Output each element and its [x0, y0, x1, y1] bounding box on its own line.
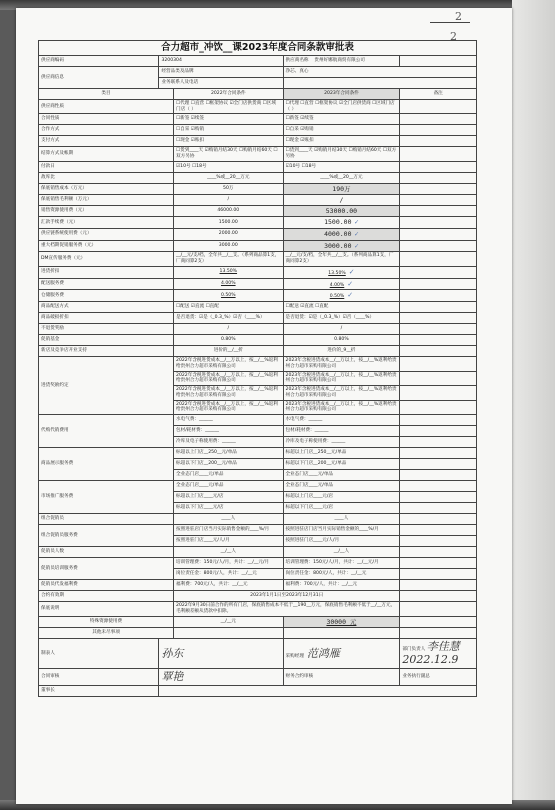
- promoter-welfare-2022: 福利费：700元/人，共计：__/__元: [174, 580, 284, 591]
- col-remark: 备注: [400, 88, 477, 99]
- purchase-reward-2022: 2022年含税进货成本__/__万以上，按__/__%返利给贵州合力超市采购有限…: [174, 386, 284, 400]
- check-mark-icon: ✓: [349, 268, 355, 276]
- promoter-training-2022: 岗位责任金：800元/人，共计：__/__元: [174, 569, 284, 580]
- agency-fee-2023: 水电气费：______: [283, 415, 400, 426]
- combo-promoter-fee-2023: 按照进驻门店____元/人/月: [283, 536, 400, 547]
- value: 0.50%: [330, 294, 345, 299]
- marketing-fee-2022: 标超以上门店____元/店: [174, 492, 284, 503]
- promoter-count-2023: __/__人: [283, 547, 400, 558]
- settlement-2022: ☐货到____天 ☑购销月结30天 ☐购销月结60天 ☐双方另协: [174, 147, 284, 161]
- display-fee-2023: 标超以上门店__250__元/单品: [283, 448, 400, 459]
- contract-type-2023: ☐新签 ☑续签: [283, 114, 400, 125]
- dept-head-cell: 部门负责人 李佳慧 2022.12.9: [400, 638, 477, 669]
- supplier-name: 贵州好娜航商贸有限公司: [314, 58, 365, 63]
- marketing-fee-2022: 全业态门店____元/单品: [174, 481, 284, 492]
- chairman-signature: [159, 685, 477, 696]
- row-label: 结算方式及帐期: [39, 147, 174, 161]
- row-label: 重大档期促销服务费（元）: [39, 240, 174, 252]
- agency-fee-2022: 冷库及电子称使用费：______: [174, 437, 284, 448]
- row-label: 市场推广服务费: [39, 481, 174, 514]
- purchase-manager-signature: 范鸿雁: [307, 647, 340, 660]
- row-label: 合约有效期: [39, 591, 174, 602]
- delivery-fee-2022: 4.00%: [174, 278, 284, 290]
- dept-head-label: 部门负责人: [402, 647, 425, 652]
- combo-promoter-fee-2022: 按照进驻门店____元/人/月: [174, 536, 284, 547]
- row-label: 付款日: [39, 161, 174, 172]
- chairman-label: 董事长: [39, 685, 159, 696]
- supplier-code: 3200304: [159, 55, 283, 66]
- settlement-2023: ☐货到____天 ☑购销月结30天 ☐购销月结60天 ☐双方另协: [283, 147, 400, 161]
- promoter-training-2023: 岗位责任金：800元/人，共计：__/__元: [283, 569, 400, 580]
- purchase-reward-2023: 2023年含税进货成本__/__万以上，按__/__%返利给贵州合力超市采购有限…: [283, 400, 400, 414]
- delivery-mode-2022: ☐配送 ☑直流 ☐直配: [174, 302, 284, 313]
- row-label: DM宣传服务费（元）: [39, 252, 174, 266]
- col-2022: 2022年合同条件: [174, 88, 284, 99]
- sales-resource-fee-2023: 53000.00: [283, 206, 400, 217]
- row-label: 保底销售成本（万元）: [39, 183, 174, 194]
- agency-fee-2023: 冷库及电子称使用费：______: [283, 437, 400, 448]
- other-2023: [283, 627, 400, 638]
- supply-chain-fee-2022: 2000.00: [174, 228, 284, 240]
- combo-promoter-2022: ____人: [174, 514, 284, 525]
- row-label: 供应商性质: [39, 99, 174, 113]
- value: 1500.00: [324, 218, 351, 226]
- no-return-reward-2022: /: [174, 324, 284, 335]
- check-mark-icon: ✓: [347, 291, 353, 299]
- min-sales-cost-2022: 50万: [174, 183, 284, 194]
- remittance-fee-2023: 1500.00✓: [283, 217, 400, 229]
- row-label: 配送服务费: [39, 278, 174, 290]
- check-mark-icon: ✓: [347, 280, 353, 288]
- purchase-discount-2023: 13.50%✓: [283, 266, 400, 278]
- row-label: 新店及竞争店开业支持: [39, 346, 174, 357]
- row-label: 商品展示服务费: [39, 448, 174, 481]
- row-label: 商品破损折扣: [39, 313, 174, 324]
- dm-fee-2023: __/__元/支/档，全年共__/__支。（系列商品算1支，厂商同算2支）: [283, 252, 400, 266]
- min-sales-cost-2023: 190万: [283, 183, 400, 194]
- row-label: 代购代销费用: [39, 415, 174, 448]
- supplier-nature-2023: ☐代理 ☐直营 ☐框架协议 ☑全门店供货商 ☐区域门店（ ）: [283, 99, 400, 113]
- row-label: 保底销售毛利额（万元）: [39, 194, 174, 205]
- sales-resource-fee-2022: 46000.00: [174, 206, 284, 217]
- purchase-reward-2023: 2023年含税进货成本__/__万以上，按__/__%返利给贵州合力超市采购有限…: [283, 371, 400, 385]
- purchase-reward-2022: 2022年含税进货成本__/__万以上，按__/__%返利给贵州合力超市采购有限…: [174, 371, 284, 385]
- contact-value: [283, 77, 476, 88]
- no-return-reward-2023: /: [283, 324, 400, 335]
- inventory-ratio-2023: ____%或__20__万元: [283, 172, 400, 183]
- brand-label: 经营品类及品牌: [159, 66, 283, 77]
- row-label: 促销基金: [39, 335, 174, 346]
- check-mark-icon: ✓: [355, 218, 359, 226]
- guarantee-note: 2022年9月30日前合作的所有门店，保底销售成本不低于__190__万元，保底…: [174, 602, 400, 616]
- row-label: 促销员人数: [39, 547, 174, 558]
- contract-type-2022: ☐新签 ☑续签: [174, 114, 284, 125]
- supply-chain-fee-2023: 4000.00✓: [283, 228, 400, 240]
- value: 13.50%: [328, 271, 346, 276]
- value: 3000.00: [324, 242, 351, 250]
- contact-label: 业务联系人及电话: [159, 77, 283, 88]
- value: 4000.00: [324, 230, 351, 238]
- other-2022: [174, 627, 284, 638]
- storage-fee-2023: 0.50%✓: [283, 290, 400, 302]
- form-title: 合力超市_冲饮__课2023年度合同条款审批表: [39, 41, 477, 56]
- holiday-promo-fee-2022: 3000.00: [174, 240, 284, 252]
- preparer-signature: 孙东: [159, 638, 283, 669]
- contract-review-signature: 覃艳: [159, 669, 283, 686]
- row-label: 敌库比: [39, 172, 174, 183]
- scan-right-edge: [512, 0, 555, 810]
- purchase-manager-cell: 采购经理 范鸿雁: [283, 638, 400, 669]
- promoter-welfare-2023: 福利费：700元/人，共计：__/__元: [283, 580, 400, 591]
- purchase-reward-2023: 2023年含税进货成本__/__万以上，按__/__%返利给贵州合力超市采购有限…: [283, 386, 400, 400]
- display-fee-2022: 标超以下门店__200__元/单品: [174, 459, 284, 470]
- row-label: 仓储服务费: [39, 290, 174, 302]
- dept-head-signature: 李佳慧 2022.12.9: [402, 640, 459, 667]
- row-label: 组合促销员: [39, 514, 174, 525]
- promoter-training-2022: 培训管理费：150元/人/月，共计：__/__元/月: [174, 558, 284, 569]
- supplier-code-label: 供应商编码: [39, 55, 159, 66]
- new-store-support-2023: 进价的_9__折: [283, 346, 400, 357]
- display-fee-2022: 全业态门店____元/单品: [174, 470, 284, 481]
- min-gross-profit-2023: /: [283, 194, 400, 205]
- promo-fund-2023: 0.80%: [283, 335, 400, 346]
- finance-review-label: 财务合约审核: [283, 669, 400, 686]
- payment-2023: ☐现金 ☑账扣: [283, 136, 400, 147]
- agency-fee-2022: 水电气费：______: [174, 415, 284, 426]
- row-label: 进货折扣: [39, 266, 174, 278]
- marketing-fee-2023: 标超以下门店____元/店: [283, 503, 400, 514]
- purchase-reward-2022: 2022年含税进货成本__/__万以上，按__/__%返利给贵州合力超市采购有限…: [174, 400, 284, 414]
- row-label: 商品配送方式: [39, 302, 174, 313]
- purchase-reward-2023: 2023年含税进货成本__/__万以上，按__/__%返利给贵州合力超市采购有限…: [283, 357, 400, 371]
- marketing-fee-2022: 标超以下门店____元/店: [174, 503, 284, 514]
- row-label: 不退货奖励: [39, 324, 174, 335]
- brand-value: 净芯、真心: [283, 66, 476, 77]
- dm-fee-2022: __/__元/支/档，全年共__/__支。（系列商品算1支，厂商同算2支）: [174, 252, 284, 266]
- row-label: 促销员代发福利费: [39, 580, 174, 591]
- promoter-training-2023: 培训管理费：150元/人/月，共计：__/__元/月: [283, 558, 400, 569]
- holiday-promo-fee-2023: 3000.00✓: [283, 240, 400, 252]
- approval-form-table: 合力超市_冲饮__课2023年度合同条款审批表 供应商编码 3200304 供应…: [38, 40, 477, 697]
- delivery-mode-2023: ☐配送 ☑直流 ☐直配: [283, 302, 400, 313]
- purchase-reward-2022: 2022年含税进货成本__/__万以上，按__/__%返利给贵州合力超市采购有限…: [174, 357, 284, 371]
- payment-2022: ☐现金 ☑账扣: [174, 136, 284, 147]
- min-gross-profit-2022: /: [174, 194, 284, 205]
- purchase-discount-2022: 13.50%: [174, 266, 284, 278]
- row-label: 其他未尽事项: [39, 627, 174, 638]
- inventory-ratio-2022: ____%或__20__万元: [174, 172, 284, 183]
- vp-label: 业务执行副总: [400, 669, 477, 686]
- promo-fund-2022: 0.80%: [174, 335, 284, 346]
- payday-2023: ☑10号 ☐18号: [283, 161, 400, 172]
- row-label: 供应链系统使用费（元）: [39, 228, 174, 240]
- validity-period: 2023年1月1日至2023年12月31日: [174, 591, 400, 602]
- cooperation-2023: ☐自采 ☑购销: [283, 125, 400, 136]
- special-resource-2022: __/__元: [174, 616, 284, 627]
- row-label: 进货奖励约定: [39, 357, 174, 415]
- row-label: 合同性质: [39, 114, 174, 125]
- special-resource-2023: 30000 元: [283, 616, 400, 627]
- agency-fee-2023: 包材/耗材费：______: [283, 426, 400, 437]
- row-label: 特殊资源使用费: [39, 616, 174, 627]
- delivery-fee-2023: 4.00%✓: [283, 278, 400, 290]
- storage-fee-2022: 0.50%: [174, 290, 284, 302]
- supplier-name-label: 供应商名称: [286, 58, 309, 63]
- display-fee-2023: 标超以下门店__200__元/单品: [283, 459, 400, 470]
- check-mark-icon: ✓: [355, 230, 359, 238]
- combo-promoter-2023: ____人: [283, 514, 400, 525]
- display-fee-2022: 标超以上门店__250__元/单品: [174, 448, 284, 459]
- agency-fee-2022: 包材/耗材费：______: [174, 426, 284, 437]
- supplier-info-label: 供应商信息: [39, 66, 159, 88]
- col-category: 类目: [39, 88, 174, 99]
- remittance-fee-2022: 1500.00: [174, 217, 284, 229]
- contract-review-label: 合同审核: [39, 669, 159, 686]
- damage-discount-2023: 是否退货：☑是（_0.3_%）☑否（____%）: [283, 313, 400, 324]
- damage-discount-2022: 是否退货：☑是（_0.3_%）☑否（____%）: [174, 313, 284, 324]
- combo-promoter-fee-2022: 按照进驻店门店当月实际销售金额的____%/月: [174, 525, 284, 536]
- row-label: 合作方式: [39, 125, 174, 136]
- cooperation-2022: ☐自采 ☑购销: [174, 125, 284, 136]
- corner-line: [430, 22, 470, 23]
- display-fee-2023: 全业态门店____元/单品: [283, 470, 400, 481]
- supplier-nature-2022: ☐代理 ☐直营 ☐框架协议 ☑全门店供货商 ☐区域门店（ ）: [174, 99, 284, 113]
- row-label: 销售资源使用费（元）: [39, 206, 174, 217]
- row-label: 组合促销员服务费: [39, 525, 174, 547]
- marketing-fee-2023: 标超以上门店____元/店: [283, 492, 400, 503]
- payday-2022: ☑10号 ☐18号: [174, 161, 284, 172]
- new-store-support-2022: 进价的__/__折: [174, 346, 284, 357]
- marketing-fee-2023: 全业态门店____元/单品: [283, 481, 400, 492]
- col-2023: 2023年合同条件: [283, 88, 400, 99]
- check-mark-icon: ✓: [355, 242, 359, 250]
- promoter-count-2022: __/__人: [174, 547, 284, 558]
- value: 4.00%: [330, 283, 345, 288]
- row-label: 保底说明: [39, 602, 174, 616]
- preparer-label: 制表人: [39, 638, 159, 669]
- row-label: 支付方式: [39, 136, 174, 147]
- purchase-manager-label: 采购经理: [286, 654, 304, 659]
- row-label: 促销员培训服务费: [39, 558, 174, 580]
- row-label: 汇款手续费（元）: [39, 217, 174, 229]
- combo-promoter-fee-2023: 按照进驻店门店当月实际销售金额的____%/月: [283, 525, 400, 536]
